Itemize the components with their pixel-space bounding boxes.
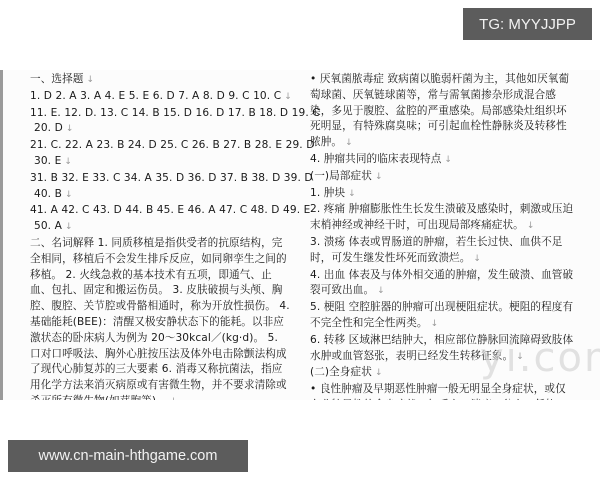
local-symptom-item: 2. 疼痛 肿瘤膨胀性生长发生溃破及感染时，刺激或压迫末梢神经或神经干时，可出现… xyxy=(310,202,575,235)
answer-line: 21. C. 22. A 23. B 24. D 25. C 26. B 27.… xyxy=(30,138,292,154)
answer-line: 20. D↓ xyxy=(30,121,292,138)
document-image: 一、选择题↓ 1. D 2. A 3. A 4. E 5. E 6. D 7. … xyxy=(0,70,600,400)
section-term-definitions: 二、名词解释 1. 同质移植是指供受者的抗原结构，完全相同，移植后不会发生排斥反… xyxy=(30,236,292,400)
document-left-border xyxy=(0,70,3,400)
local-symptoms-title: (一)局部症状↓ xyxy=(310,169,575,186)
systemic-symptom-item: • 良性肿瘤及早期恶性肿瘤一般无明显全身症状，或仅有非特异性的全身症状，如乏力、… xyxy=(310,382,575,400)
answer-line: 11. E. 12. D. 13. C 14. B 15. D 16. D 17… xyxy=(30,106,292,122)
answer-line: 30. E↓ xyxy=(30,154,292,171)
local-symptom-item: 1. 肿块↓ xyxy=(310,186,575,203)
answer-line: 50. A↓ xyxy=(30,219,292,236)
watermark-text: yi.com xyxy=(480,335,600,381)
local-symptom-item: 3. 溃疡 体表或胃肠道的肿瘤，若生长过快、血供不足时，可发生继发性坏死而致溃烂… xyxy=(310,235,575,268)
local-symptom-item: 4. 出血 体表及与体外相交通的肿瘤，发生破溃、血管破裂可致出血。↓ xyxy=(310,268,575,301)
left-column: 一、选择题↓ 1. D 2. A 3. A 4. E 5. E 6. D 7. … xyxy=(30,72,292,400)
answer-line: 40. B↓ xyxy=(30,187,292,204)
tumor-features-heading: 4. 肿瘤共同的临床表现特点↓ xyxy=(310,152,575,169)
answer-line: 41. A 42. C 43. D 44. B 45. E 46. A 47. … xyxy=(30,203,292,219)
section-multiple-choice-title: 一、选择题↓ xyxy=(30,72,292,89)
tg-badge: TG: MYYJJPP xyxy=(463,8,592,40)
anaerobic-sepsis-paragraph: • 厌氧菌脓毒症 致病菌以脆弱杆菌为主，其他如厌氧葡萄球菌、厌氧链球菌等，常与需… xyxy=(310,72,575,152)
answer-line: 1. D 2. A 3. A 4. E 5. E 6. D 7. A 8. D … xyxy=(30,89,292,106)
local-symptom-item: 5. 梗阻 空腔脏器的肿瘤可出现梗阻症状。梗阻的程度有不完全性和完全性两类。↓ xyxy=(310,300,575,333)
url-badge: www.cn-main-hthgame.com xyxy=(8,440,248,472)
answer-line: 31. B 32. E 33. C 34. A 35. D 36. D 37. … xyxy=(30,171,292,187)
